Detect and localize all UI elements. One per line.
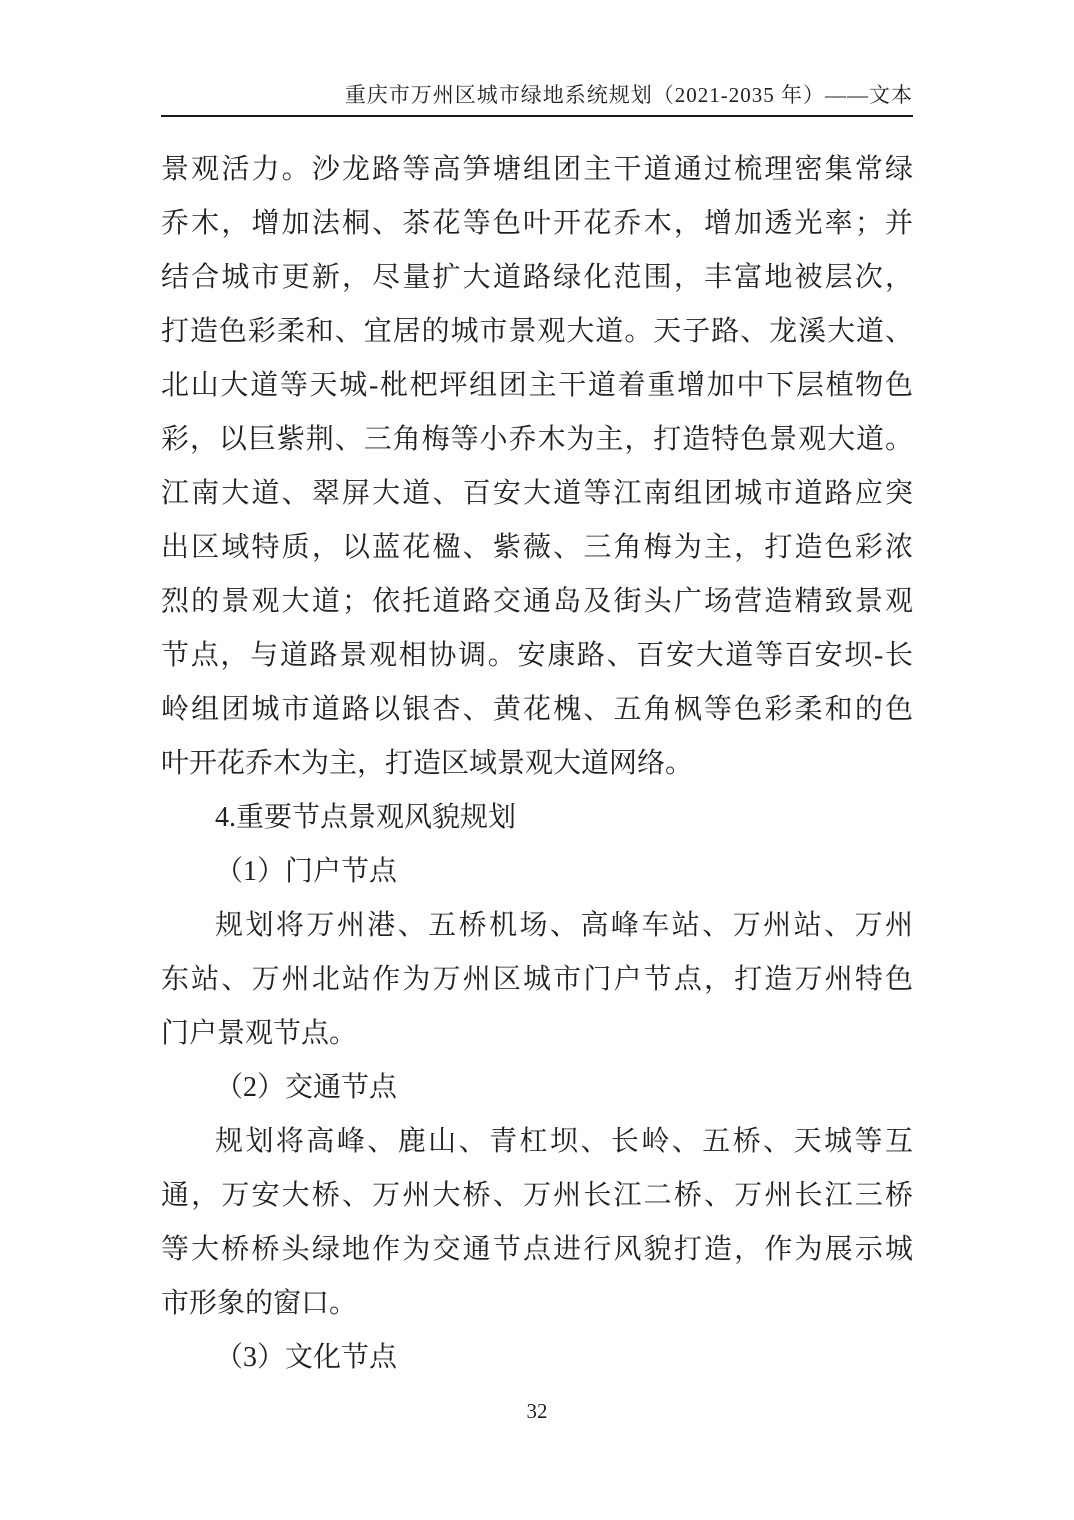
text-line: 等大桥桥头绿地作为交通节点进行风貌打造，作为展示城 <box>161 1223 913 1277</box>
text-line: 4.重要节点景观风貌规划 <box>161 791 913 845</box>
text-line: 叶开花乔木为主，打造区域景观大道网络。 <box>161 737 913 791</box>
text-line: 东站、万州北站作为万州区城市门户节点，打造万州特色 <box>161 953 913 1007</box>
text-line: 节点，与道路景观相协调。安康路、百安大道等百安坝-长 <box>161 629 913 683</box>
document-body: 景观活力。沙龙路等高笋塘组团主干道通过梳理密集常绿乔木，增加法桐、茶花等色叶开花… <box>161 143 913 1385</box>
text-line: 规划将万州港、五桥机场、高峰车站、万州站、万州 <box>161 899 913 953</box>
text-line: 北山大道等天城-枇杷坪组团主干道着重增加中下层植物色 <box>161 359 913 413</box>
text-line: 打造色彩柔和、宜居的城市景观大道。天子路、龙溪大道、 <box>161 305 913 359</box>
text-line: 规划将高峰、鹿山、青杠坝、长岭、五桥、天城等互 <box>161 1115 913 1169</box>
text-line: 乔木，增加法桐、茶花等色叶开花乔木，增加透光率；并 <box>161 197 913 251</box>
text-line: 彩，以巨紫荆、三角梅等小乔木为主，打造特色景观大道。 <box>161 413 913 467</box>
text-line: 出区域特质，以蓝花楹、紫薇、三角梅为主，打造色彩浓 <box>161 521 913 575</box>
text-line: （3）文化节点 <box>161 1331 913 1385</box>
text-line: 市形象的窗口。 <box>161 1277 913 1331</box>
text-line: 结合城市更新，尽量扩大道路绿化范围，丰富地被层次， <box>161 251 913 305</box>
header-title: 重庆市万州区城市绿地系统规划（2021-2035 年）——文本 <box>345 83 913 107</box>
page-number: 32 <box>0 1398 1074 1424</box>
text-line: （1）门户节点 <box>161 845 913 899</box>
text-line: 烈的景观大道；依托道路交通岛及街头广场营造精致景观 <box>161 575 913 629</box>
text-line: 通，万安大桥、万州大桥、万州长江二桥、万州长江三桥 <box>161 1169 913 1223</box>
text-line: 门户景观节点。 <box>161 1007 913 1061</box>
text-line: 岭组团城市道路以银杏、黄花槐、五角枫等色彩柔和的色 <box>161 683 913 737</box>
text-line: 景观活力。沙龙路等高笋塘组团主干道通过梳理密集常绿 <box>161 143 913 197</box>
page-header: 重庆市万州区城市绿地系统规划（2021-2035 年）——文本 <box>161 82 913 117</box>
text-line: （2）交通节点 <box>161 1061 913 1115</box>
document-page: 重庆市万州区城市绿地系统规划（2021-2035 年）——文本 景观活力。沙龙路… <box>0 0 1074 1520</box>
text-line: 江南大道、翠屏大道、百安大道等江南组团城市道路应突 <box>161 467 913 521</box>
